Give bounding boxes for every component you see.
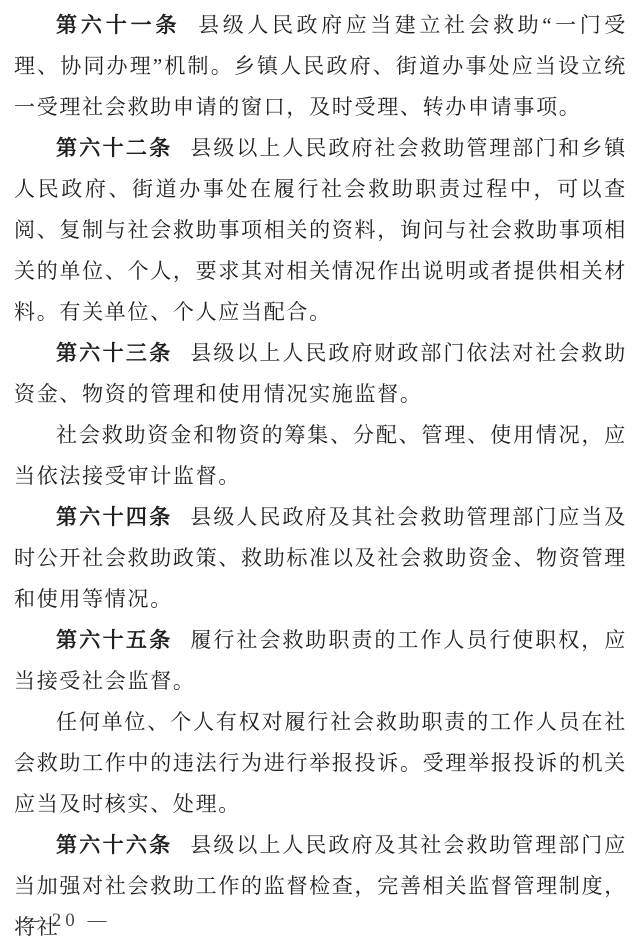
- article-number: 第六十一条: [56, 13, 180, 37]
- body-paragraph: 社会救助资金和物资的筹集、分配、管理、使用情况，应当依法接受审计监督。: [14, 415, 627, 497]
- article-number: 第六十二条: [56, 136, 173, 160]
- paragraph-text: 县级以上人民政府社会救助管理部门和乡镇人民政府、街道办事处在履行社会救助职责过程…: [14, 136, 627, 324]
- body-paragraph: 任何单位、个人有权对履行社会救助职责的工作人员在社会救助工作中的违法行为进行举报…: [14, 702, 627, 825]
- article-paragraph: 第六十二条县级以上人民政府社会救助管理部门和乡镇人民政府、街道办事处在履行社会救…: [14, 128, 627, 333]
- article-paragraph: 第六十三条县级以上人民政府财政部门依法对社会救助资金、物资的管理和使用情况实施监…: [14, 333, 627, 415]
- page-number: — 20 —: [20, 906, 111, 936]
- article-number: 第六十六条: [56, 833, 173, 857]
- article-paragraph: 第六十四条县级人民政府及其社会救助管理部门应当及时公开社会救助政策、救助标准以及…: [14, 497, 627, 620]
- document-body: 第六十一条县级人民政府应当建立社会救助“一门受理、协同办理”机制。乡镇人民政府、…: [14, 5, 627, 947]
- article-number: 第六十三条: [56, 341, 173, 365]
- article-number: 第六十五条: [56, 628, 173, 652]
- article-number: 第六十四条: [56, 505, 173, 529]
- article-paragraph: 第六十五条履行社会救助职责的工作人员行使职权，应当接受社会监督。: [14, 620, 627, 702]
- paragraph-text: 任何单位、个人有权对履行社会救助职责的工作人员在社会救助工作中的违法行为进行举报…: [14, 710, 627, 816]
- paragraph-text: 社会救助资金和物资的筹集、分配、管理、使用情况，应当依法接受审计监督。: [14, 423, 627, 488]
- article-paragraph: 第六十一条县级人民政府应当建立社会救助“一门受理、协同办理”机制。乡镇人民政府、…: [14, 5, 627, 128]
- document-page: 第六十一条县级人民政府应当建立社会救助“一门受理、协同办理”机制。乡镇人民政府、…: [0, 0, 640, 947]
